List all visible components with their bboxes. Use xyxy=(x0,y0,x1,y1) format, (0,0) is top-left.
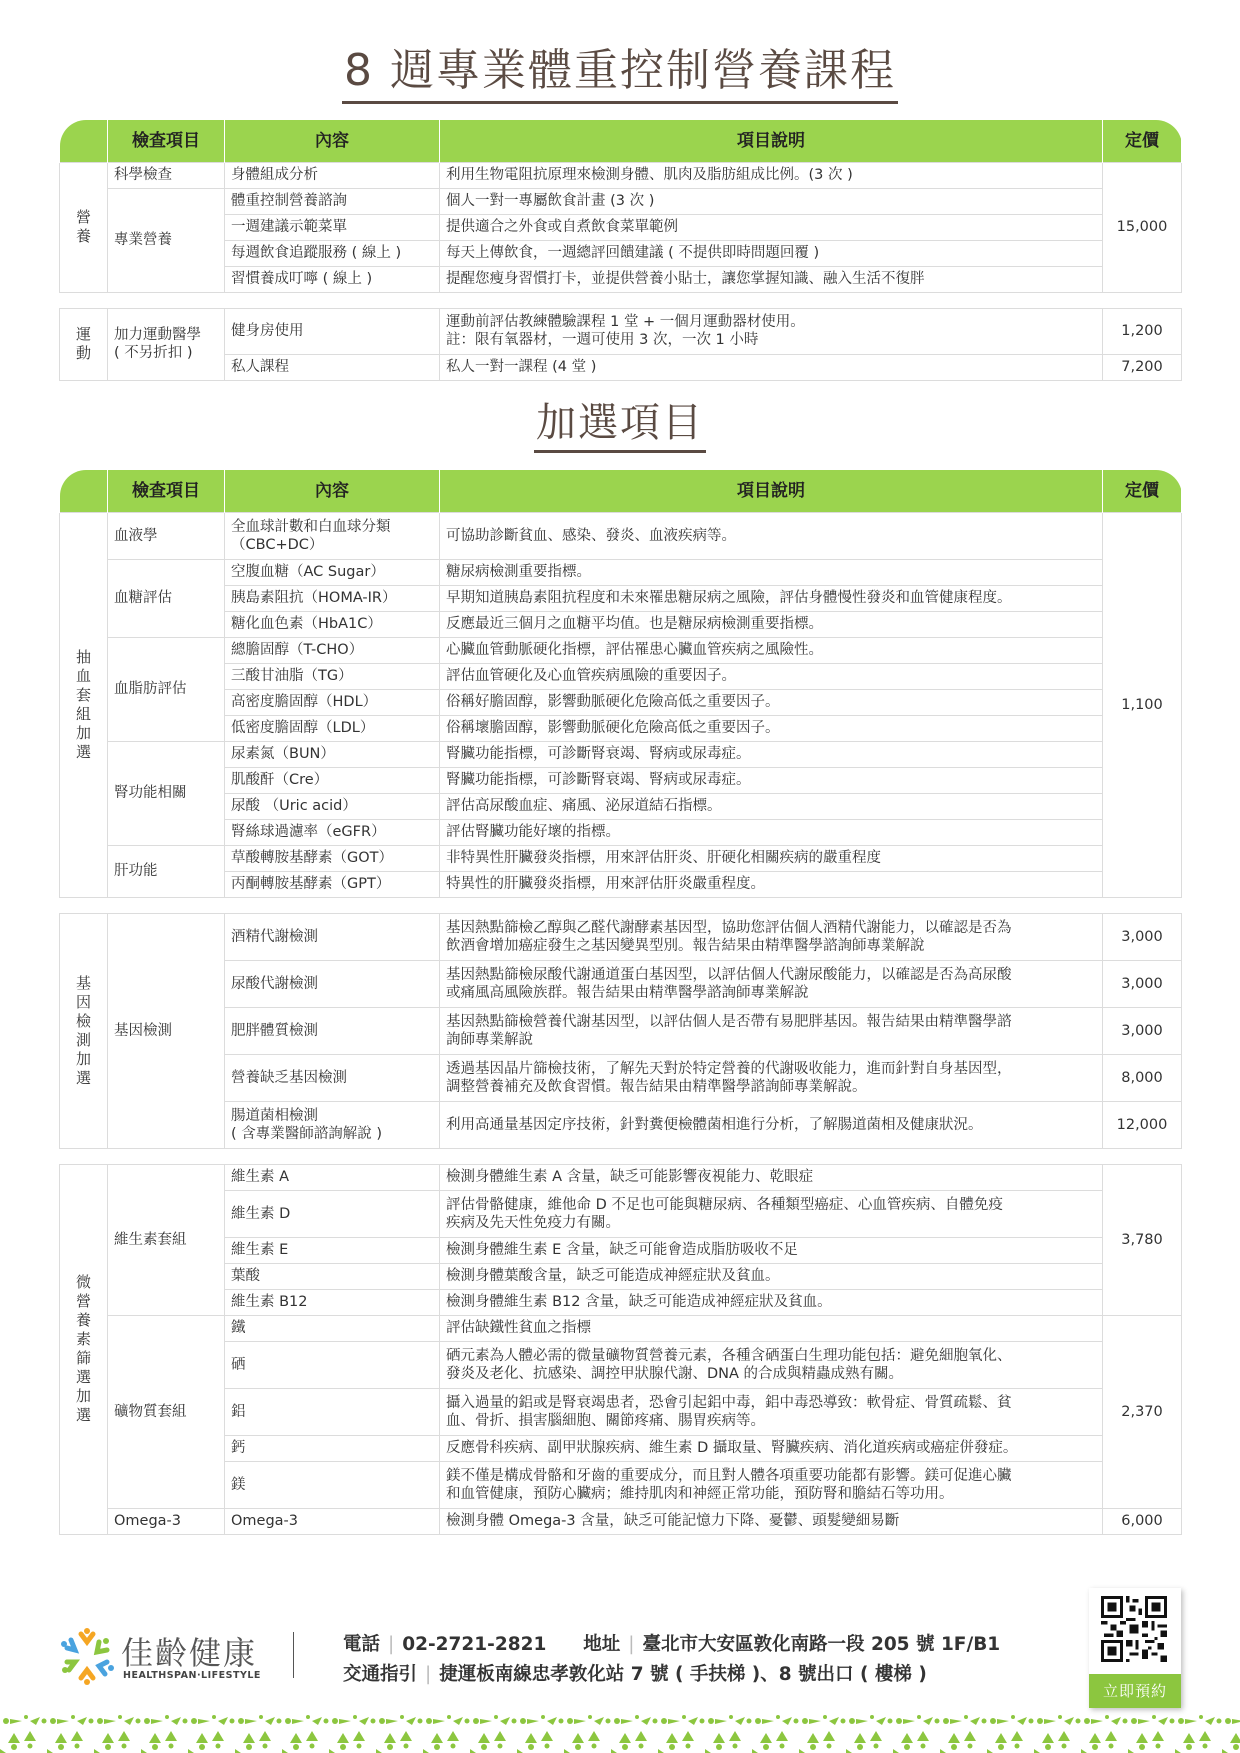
desc-cell: 運動前評估教練體驗課程 1 堂 + 一個月運動器材使用。註：限有氧器材，一週可使… xyxy=(440,308,1103,354)
desc-cell: 透過基因晶片篩檢技術，了解先天對於特定營養的代謝吸收能力，進而針對自身基因型，調… xyxy=(440,1054,1103,1101)
table-row: 血脂肪評估 總膽固醇（T-CHO） 心臟血管動脈硬化指標，評估罹患心臟血管疾病之… xyxy=(60,637,1182,663)
desc-cell: 基因熱點篩檢乙醇與乙醛代謝酵素基因型，協助您評估個人酒精代謝能力，以確認是否為飲… xyxy=(440,913,1103,960)
desc-cell: 私人一對一課程 (4 堂 ) xyxy=(440,354,1103,380)
content-cell: 每週飲食追蹤服務 ( 線上 ) xyxy=(225,240,440,266)
content-cell: 肥胖體質檢測 xyxy=(225,1007,440,1054)
desc-cell: 利用生物電阻抗原理來檢測身體、肌肉及脂肪組成比例。(3 次 ) xyxy=(440,162,1103,188)
content-cell: 高密度膽固醇（HDL） xyxy=(225,689,440,715)
content-cell: Omega-3 xyxy=(225,1508,440,1534)
table-row: 低密度膽固醇（LDL） 俗稱壞膽固醇，影響動脈硬化危險高低之重要因子。 xyxy=(60,715,1182,741)
content-cell: 腎絲球過濾率（eGFR） xyxy=(225,819,440,845)
price-cell: 12,000 xyxy=(1103,1101,1182,1148)
table-row: 血糖評估 空腹血糖（AC Sugar） 糖尿病檢測重要指標。 xyxy=(60,559,1182,585)
content-cell: 肌酸酐（Cre） xyxy=(225,767,440,793)
table-row: 硒 硒元素為人體必需的微量礦物質營養元素，各種含硒蛋白生理功能包括：避免細胞氧化… xyxy=(60,1341,1182,1388)
content-cell: 一週建議示範菜單 xyxy=(225,214,440,240)
content-cell: 身體組成分析 xyxy=(225,162,440,188)
desc-cell: 評估血管硬化及心血管疾病風險的重要因子。 xyxy=(440,663,1103,689)
header-blank xyxy=(60,120,108,162)
desc-cell: 個人一對一專屬飲食計畫 (3 次 ) xyxy=(440,188,1103,214)
content-cell: 習慣養成叮嚀 ( 線上 ) xyxy=(225,266,440,292)
desc-cell: 基因熱點篩檢營養代謝基因型，以評估個人是否帶有易肥胖基因。報告結果由精準醫學諮詢… xyxy=(440,1007,1103,1054)
footer-divider xyxy=(293,1632,294,1678)
desc-cell: 特異性的肝臟發炎指標，用來評估肝炎嚴重程度。 xyxy=(440,871,1103,897)
desc-cell: 反應最近三個月之血糖平均值。也是糖尿病檢測重要指標。 xyxy=(440,611,1103,637)
table-row: 習慣養成叮嚀 ( 線上 ) 提醒您瘦身習慣打卡，並提供營養小貼士，讓您掌握知識、… xyxy=(60,266,1182,292)
desc-cell: 鎂不僅是構成骨骼和牙齒的重要成分，而且對人體各項重要功能都有影響。鎂可促進心臟和… xyxy=(440,1461,1103,1508)
price-cell: 7,200 xyxy=(1103,354,1182,380)
table-row: 糖化血色素（HbA1C） 反應最近三個月之血糖平均值。也是糖尿病檢測重要指標。 xyxy=(60,611,1182,637)
content-cell: 空腹血糖（AC Sugar） xyxy=(225,559,440,585)
desc-cell: 每天上傳飲食，一週總評回饋建議 ( 不提供即時問題回覆 ) xyxy=(440,240,1103,266)
table-row: 丙酮轉胺基酵素（GPT） 特異性的肝臟發炎指標，用來評估肝炎嚴重程度。 xyxy=(60,871,1182,897)
price-cell: 3,000 xyxy=(1103,913,1182,960)
desc-cell: 心臟血管動脈硬化指標，評估罹患心臟血管疾病之風險性。 xyxy=(440,637,1103,663)
header-price: 定價 xyxy=(1103,120,1182,162)
item-cell: 肝功能 xyxy=(108,845,225,897)
desc-cell: 俗稱好膽固醇，影響動脈硬化危險高低之重要因子。 xyxy=(440,689,1103,715)
header-desc: 項目說明 xyxy=(440,120,1103,162)
decorative-people-pattern xyxy=(0,1713,1240,1753)
table-row: 肝功能 草酸轉胺基酵素（GOT） 非特異性肝臟發炎指標，用來評估肝炎、肝硬化相關… xyxy=(60,845,1182,871)
table-row: 鈣 反應骨科疾病、副甲狀腺疾病、維生素 D 攝取量、腎臟疾病、消化道疾病或癌症併… xyxy=(60,1435,1182,1461)
desc-cell: 利用高通量基因定序技術，針對糞便檢體菌相進行分析，了解腸道菌相及健康狀況。 xyxy=(440,1101,1103,1148)
price-cell: 15,000 xyxy=(1103,162,1182,292)
item-cell: 基因檢測 xyxy=(108,913,225,1148)
header-desc: 項目說明 xyxy=(440,470,1103,512)
table-row: 葉酸 檢測身體葉酸含量，缺乏可能造成神經症狀及貧血。 xyxy=(60,1263,1182,1289)
content-cell: 維生素 D xyxy=(225,1190,440,1237)
desc-cell: 攝入過量的鋁或是腎衰竭患者，恐會引起鋁中毒，鋁中毒恐導致：軟骨症、骨質疏鬆、貧血… xyxy=(440,1388,1103,1435)
table-row: 肥胖體質檢測 基因熱點篩檢營養代謝基因型，以評估個人是否帶有易肥胖基因。報告結果… xyxy=(60,1007,1182,1054)
content-cell: 體重控制營養諮詢 xyxy=(225,188,440,214)
item-cell: 血糖評估 xyxy=(108,559,225,637)
price-cell: 3,780 xyxy=(1103,1164,1182,1315)
table-header-row: 檢查項目 內容 項目說明 定價 xyxy=(60,470,1182,512)
item-cell: 礦物質套組 xyxy=(108,1315,225,1508)
desc-cell: 檢測身體 Omega-3 含量，缺乏可能記憶力下降、憂鬱、頭髮變細易斷 xyxy=(440,1508,1103,1534)
table-row: 運動 加力運動醫學( 不另折扣 ) 健身房使用 運動前評估教練體驗課程 1 堂 … xyxy=(60,308,1182,354)
table-row: 高密度膽固醇（HDL） 俗稱好膽固醇，影響動脈硬化危險高低之重要因子。 xyxy=(60,689,1182,715)
content-cell: 鐵 xyxy=(225,1315,440,1341)
book-now-button[interactable]: 立即預約 xyxy=(1089,1674,1181,1708)
contact-line-1: 電話|02-2721-2821 地址|臺北市大安區敦化南路一段 205 號 1F… xyxy=(343,1630,1000,1660)
table-row: 基因檢測加選 基因檢測 酒精代謝檢測 基因熱點篩檢乙醇與乙醛代謝酵素基因型，協助… xyxy=(60,913,1182,960)
content-cell: 草酸轉胺基酵素（GOT） xyxy=(225,845,440,871)
table-row: Omega-3 Omega-3 檢測身體 Omega-3 含量，缺乏可能記憶力下… xyxy=(60,1508,1182,1534)
footer: 佳齡健康 HEALTHSPAN·LIFESTYLE 電話|02-2721-282… xyxy=(59,1618,1181,1698)
table-row: 營養缺乏基因檢測 透過基因晶片篩檢技術，了解先天對於特定營養的代謝吸收能力，進而… xyxy=(60,1054,1182,1101)
content-cell: 維生素 A xyxy=(225,1164,440,1190)
table-row: 微營養素篩選加選 維生素套組 維生素 A 檢測身體維生素 A 含量，缺乏可能影響… xyxy=(60,1164,1182,1190)
item-cell: 腎功能相關 xyxy=(108,741,225,845)
header-content: 內容 xyxy=(225,120,440,162)
content-cell: 胰島素阻抗（HOMA-IR） xyxy=(225,585,440,611)
transit-label: 交通指引 xyxy=(343,1664,417,1685)
table-row: 尿酸 （Uric acid） 評估高尿酸血症、痛風、泌尿道結石指標。 xyxy=(60,793,1182,819)
content-cell: 營養缺乏基因檢測 xyxy=(225,1054,440,1101)
table-row: 鎂 鎂不僅是構成骨骼和牙齒的重要成分，而且對人體各項重要功能都有影響。鎂可促進心… xyxy=(60,1461,1182,1508)
content-cell: 尿素氮（BUN） xyxy=(225,741,440,767)
addon-table: 檢查項目 內容 項目說明 定價 抽血套組加選 血液學 全血球計數和白血球分類（C… xyxy=(59,470,1182,1535)
item-cell: 血液學 xyxy=(108,512,225,559)
table-row: 腎絲球過濾率（eGFR） 評估腎臟功能好壞的指標。 xyxy=(60,819,1182,845)
people-circle-icon xyxy=(59,1626,115,1686)
header-item: 檢查項目 xyxy=(108,120,225,162)
phone-label: 電話 xyxy=(343,1634,380,1655)
phone-number[interactable]: 02-2721-2821 xyxy=(402,1634,546,1655)
content-cell: 總膽固醇（T-CHO） xyxy=(225,637,440,663)
desc-cell: 俗稱壞膽固醇，影響動脈硬化危險高低之重要因子。 xyxy=(440,715,1103,741)
price-cell: 1,200 xyxy=(1103,308,1182,354)
desc-cell: 腎臟功能指標，可診斷腎衰竭、腎病或尿毒症。 xyxy=(440,767,1103,793)
content-cell: 腸道菌相檢測( 含專業醫師諮詢解說 ) xyxy=(225,1101,440,1148)
desc-cell: 硒元素為人體必需的微量礦物質營養元素，各種含硒蛋白生理功能包括：避免細胞氧化、發… xyxy=(440,1341,1103,1388)
category-exercise: 運動 xyxy=(60,308,108,380)
table-row: 維生素 B12 檢測身體維生素 B12 含量，缺乏可能造成神經症狀及貧血。 xyxy=(60,1289,1182,1315)
desc-cell: 評估高尿酸血症、痛風、泌尿道結石指標。 xyxy=(440,793,1103,819)
header-blank xyxy=(60,470,108,512)
content-cell: 鎂 xyxy=(225,1461,440,1508)
desc-cell: 反應骨科疾病、副甲狀腺疾病、維生素 D 攝取量、腎臟疾病、消化道疾病或癌症併發症… xyxy=(440,1435,1103,1461)
brand-tagline: HEALTHSPAN·LIFESTYLE xyxy=(123,1670,261,1681)
category-blood: 抽血套組加選 xyxy=(60,512,108,897)
address: 臺北市大安區敦化南路一段 205 號 1F/B1 xyxy=(643,1634,1001,1655)
item-cell: 科學檢查 xyxy=(108,162,225,188)
table-row: 維生素 E 檢測身體維生素 E 含量，缺乏可能會造成脂肪吸收不足 xyxy=(60,1237,1182,1263)
price-cell: 3,000 xyxy=(1103,960,1182,1007)
item-cell: 血脂肪評估 xyxy=(108,637,225,741)
content-cell: 尿酸代謝檢測 xyxy=(225,960,440,1007)
item-cell: 維生素套組 xyxy=(108,1164,225,1315)
content-cell: 私人課程 xyxy=(225,354,440,380)
table-row: 腎功能相關 尿素氮（BUN） 腎臟功能指標，可診斷腎衰竭、腎病或尿毒症。 xyxy=(60,741,1182,767)
content-cell: 維生素 E xyxy=(225,1237,440,1263)
content-cell: 尿酸 （Uric acid） xyxy=(225,793,440,819)
price-cell: 6,000 xyxy=(1103,1508,1182,1534)
desc-cell: 檢測身體葉酸含量，缺乏可能造成神經症狀及貧血。 xyxy=(440,1263,1103,1289)
category-micro: 微營養素篩選加選 xyxy=(60,1164,108,1534)
content-cell: 低密度膽固醇（LDL） xyxy=(225,715,440,741)
transit-info: 捷運板南線忠孝敦化站 7 號 ( 手扶梯 )、8 號出口 ( 樓梯 ) xyxy=(439,1664,927,1685)
price-cell: 8,000 xyxy=(1103,1054,1182,1101)
desc-cell: 提醒您瘦身習慣打卡，並提供營養小貼士，讓您掌握知識、融入生活不復胖 xyxy=(440,266,1103,292)
addon-title: 加選項目 xyxy=(534,400,706,453)
price-cell: 3,000 xyxy=(1103,1007,1182,1054)
table-row: 腸道菌相檢測( 含專業醫師諮詢解說 ) 利用高通量基因定序技術，針對糞便檢體菌相… xyxy=(60,1101,1182,1148)
price-cell: 2,370 xyxy=(1103,1315,1182,1508)
table-row: 三酸甘油脂（TG） 評估血管硬化及心血管疾病風險的重要因子。 xyxy=(60,663,1182,689)
desc-cell: 評估缺鐵性貧血之指標 xyxy=(440,1315,1103,1341)
contact-info: 電話|02-2721-2821 地址|臺北市大安區敦化南路一段 205 號 1F… xyxy=(343,1630,1000,1690)
item-cell: Omega-3 xyxy=(108,1508,225,1534)
content-cell: 糖化血色素（HbA1C） xyxy=(225,611,440,637)
table-row: 鋁 攝入過量的鋁或是腎衰竭患者，恐會引起鋁中毒，鋁中毒恐導致：軟骨症、骨質疏鬆、… xyxy=(60,1388,1182,1435)
brand-name: 佳齡健康 xyxy=(121,1628,257,1674)
booking-card[interactable]: 立即預約 xyxy=(1089,1588,1181,1708)
desc-cell: 糖尿病檢測重要指標。 xyxy=(440,559,1103,585)
table-header-row: 檢查項目 內容 項目說明 定價 xyxy=(60,120,1182,162)
content-cell: 維生素 B12 xyxy=(225,1289,440,1315)
main-title-wrap: 8 週專業體重控制營養課程 xyxy=(0,46,1240,104)
content-cell: 丙酮轉胺基酵素（GPT） xyxy=(225,871,440,897)
qr-code-icon[interactable] xyxy=(1101,1596,1167,1662)
desc-cell: 檢測身體維生素 E 含量，缺乏可能會造成脂肪吸收不足 xyxy=(440,1237,1103,1263)
desc-cell: 檢測身體維生素 A 含量，缺乏可能影響夜視能力、乾眼症 xyxy=(440,1164,1103,1190)
header-content: 內容 xyxy=(225,470,440,512)
contact-line-2: 交通指引|捷運板南線忠孝敦化站 7 號 ( 手扶梯 )、8 號出口 ( 樓梯 ) xyxy=(343,1660,1000,1690)
course-table: 檢查項目 內容 項目說明 定價 營養 科學檢查 身體組成分析 利用生物電阻抗原理… xyxy=(59,120,1182,381)
desc-cell: 基因熱點篩檢尿酸代謝通道蛋白基因型，以評估個人代謝尿酸能力，以確認是否為高尿酸或… xyxy=(440,960,1103,1007)
content-cell: 全血球計數和白血球分類（CBC+DC） xyxy=(225,512,440,559)
desc-cell: 評估腎臟功能好壞的指標。 xyxy=(440,819,1103,845)
address-label: 地址 xyxy=(583,1634,620,1655)
content-cell: 三酸甘油脂（TG） xyxy=(225,663,440,689)
content-cell: 硒 xyxy=(225,1341,440,1388)
table-row: 尿酸代謝檢測 基因熱點篩檢尿酸代謝通道蛋白基因型，以評估個人代謝尿酸能力，以確認… xyxy=(60,960,1182,1007)
table-row: 肌酸酐（Cre） 腎臟功能指標，可診斷腎衰竭、腎病或尿毒症。 xyxy=(60,767,1182,793)
content-cell: 健身房使用 xyxy=(225,308,440,354)
category-nutrition: 營養 xyxy=(60,162,108,292)
desc-cell: 非特異性肝臟發炎指標，用來評估肝炎、肝硬化相關疾病的嚴重程度 xyxy=(440,845,1103,871)
header-item: 檢查項目 xyxy=(108,470,225,512)
price-cell: 1,100 xyxy=(1103,512,1182,897)
table-row: 專業營養 體重控制營養諮詢 個人一對一專屬飲食計畫 (3 次 ) xyxy=(60,188,1182,214)
table-row: 私人課程 私人一對一課程 (4 堂 ) 7,200 xyxy=(60,354,1182,380)
content-cell: 鈣 xyxy=(225,1435,440,1461)
table-row: 抽血套組加選 血液學 全血球計數和白血球分類（CBC+DC） 可協助診斷貧血、感… xyxy=(60,512,1182,559)
desc-cell: 提供適合之外食或自煮飲食菜單範例 xyxy=(440,214,1103,240)
table-row: 胰島素阻抗（HOMA-IR） 早期知道胰島素阻抗程度和未來罹患糖尿病之風險，評估… xyxy=(60,585,1182,611)
desc-cell: 腎臟功能指標，可診斷腎衰竭、腎病或尿毒症。 xyxy=(440,741,1103,767)
desc-cell: 可協助診斷貧血、感染、發炎、血液疾病等。 xyxy=(440,512,1103,559)
desc-cell: 檢測身體維生素 B12 含量，缺乏可能造成神經症狀及貧血。 xyxy=(440,1289,1103,1315)
table-row: 營養 科學檢查 身體組成分析 利用生物電阻抗原理來檢測身體、肌肉及脂肪組成比例。… xyxy=(60,162,1182,188)
table-row: 礦物質套組 鐵 評估缺鐵性貧血之指標 2,370 xyxy=(60,1315,1182,1341)
item-cell: 專業營養 xyxy=(108,188,225,292)
page-title: 8 週專業體重控制營養課程 xyxy=(342,46,898,104)
desc-cell: 早期知道胰島素阻抗程度和未來罹患糖尿病之風險，評估身體慢性發炎和血管健康程度。 xyxy=(440,585,1103,611)
category-gene: 基因檢測加選 xyxy=(60,913,108,1148)
desc-cell: 評估骨骼健康，維他命 D 不足也可能與糖尿病、各種類型癌症、心血管疾病、自體免疫… xyxy=(440,1190,1103,1237)
table-row: 維生素 D 評估骨骼健康，維他命 D 不足也可能與糖尿病、各種類型癌症、心血管疾… xyxy=(60,1190,1182,1237)
item-cell: 加力運動醫學( 不另折扣 ) xyxy=(108,308,225,380)
brand-logo: 佳齡健康 HEALTHSPAN·LIFESTYLE xyxy=(59,1626,269,1688)
content-cell: 葉酸 xyxy=(225,1263,440,1289)
addon-title-wrap: 加選項目 xyxy=(0,400,1240,453)
table-row: 每週飲食追蹤服務 ( 線上 ) 每天上傳飲食，一週總評回饋建議 ( 不提供即時問… xyxy=(60,240,1182,266)
content-cell: 酒精代謝檢測 xyxy=(225,913,440,960)
header-price: 定價 xyxy=(1103,470,1182,512)
table-row: 一週建議示範菜單 提供適合之外食或自煮飲食菜單範例 xyxy=(60,214,1182,240)
content-cell: 鋁 xyxy=(225,1388,440,1435)
